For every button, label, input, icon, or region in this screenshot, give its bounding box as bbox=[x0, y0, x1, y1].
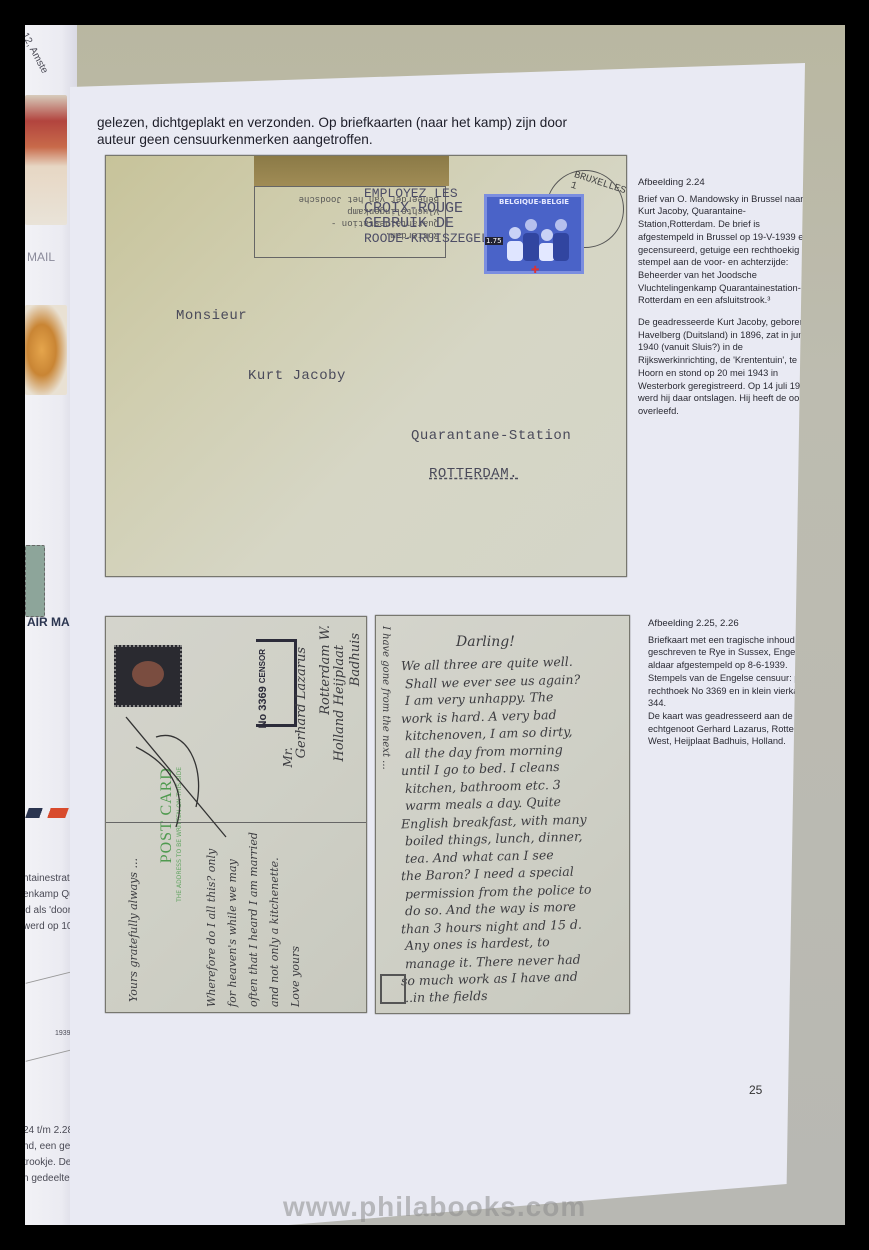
postcard-front-message-cont: Wherefore do I all this? only for heaven… bbox=[201, 832, 306, 1007]
postcard-back-photo: Darling! We all three are quite well.Sha… bbox=[375, 615, 630, 1014]
left-page-text-line: ld als 'doorg bbox=[25, 905, 77, 916]
address-name: Kurt Jacoby bbox=[248, 368, 346, 384]
left-page-rule bbox=[26, 1049, 73, 1062]
left-page-text-line: n gedeelte bbox=[25, 1173, 70, 1184]
letter-line: I am very unhappy. The bbox=[405, 689, 554, 708]
ph-censor-square bbox=[380, 974, 406, 1004]
slogan-cancel: EMPLOYEZ LES CROIX-ROUGE GEBRUIK DE ROOD… bbox=[364, 186, 497, 246]
royal-family-portrait-icon bbox=[501, 213, 573, 261]
intro-line: gelezen, dichtgeplakt en verzonden. Op b… bbox=[97, 114, 597, 131]
address-line: Badhuis bbox=[348, 633, 363, 686]
letter-line: the Baron? I need a special bbox=[401, 864, 574, 884]
left-page-edge: 12, Amste MAIL AIR MA ntainestrat enkamp… bbox=[25, 25, 77, 1225]
book-page: gelezen, dichtgeplakt en verzonden. Op b… bbox=[70, 63, 805, 1225]
letter-line: manage it. There never had bbox=[405, 951, 581, 971]
uk-postage-stamp bbox=[114, 645, 182, 707]
left-page-text-line: nd, een gede bbox=[25, 1141, 77, 1152]
page-number: 25 bbox=[749, 1083, 762, 1097]
letter-line: boiled things, lunch, dinner, bbox=[405, 829, 583, 849]
left-page-airmail-stripe bbox=[25, 808, 69, 818]
caption-figure-2-25-2-26: Afbeelding 2.25, 2.26 Briefkaart met een… bbox=[648, 618, 828, 748]
letter-line: than 3 hours night and 15 d. bbox=[401, 916, 582, 936]
letter-line: warm meals a day. Quite bbox=[405, 794, 561, 813]
address-station: Quarantane-Station bbox=[411, 428, 571, 444]
photo-background: 12, Amste MAIL AIR MA ntainestrat enkamp… bbox=[25, 25, 845, 1225]
red-cross-stamp: BELGIQUE-BELGIE 1.75 ✚ bbox=[484, 194, 584, 274]
left-page-text-line: trookje. De bbox=[25, 1157, 71, 1168]
left-page-stamp-red bbox=[25, 95, 67, 225]
left-page-text-line: ntainestrat bbox=[25, 873, 70, 884]
left-page-stamp-green bbox=[25, 545, 45, 617]
left-page-text-line: 24 t/m 2.28 bbox=[25, 1125, 73, 1136]
address-line: Gerhard Lazarus bbox=[294, 647, 309, 758]
postcard-front-photo: No 3369 CENSOR POST CARD THE ADDRESS TO … bbox=[105, 616, 367, 1013]
left-page-airmail-text: AIR MA bbox=[27, 615, 70, 629]
letter-margin-text: I have gone from the next ... bbox=[380, 626, 391, 1006]
letter-line: tea. And what can I see bbox=[405, 847, 554, 866]
left-page-header: 12, Amste bbox=[25, 31, 50, 75]
sealing-tape bbox=[254, 156, 449, 186]
address-line: Holland Heijplaat bbox=[332, 645, 347, 761]
letter-line: so much work as I have and bbox=[401, 969, 578, 989]
left-page-text-line: enkamp Qua bbox=[25, 889, 77, 900]
letter-line: kitchenoven, I am so dirty, bbox=[405, 724, 573, 743]
letter-line: Shall we ever see us again? bbox=[405, 671, 581, 691]
postcard-front-message: Yours gratefully always ... bbox=[124, 832, 144, 1002]
intro-paragraph: gelezen, dichtgeplakt en verzonden. Op b… bbox=[97, 114, 597, 148]
letter-line: We all three are quite well. bbox=[401, 654, 573, 673]
letter-line: do so. And the way is more bbox=[405, 899, 576, 918]
letter-line: English breakfast, with many bbox=[401, 811, 587, 831]
address-salutation: Monsieur bbox=[176, 308, 247, 324]
letter-line: Any ones is hardest, to bbox=[405, 934, 550, 953]
intro-line: auteur geen censuurkenmerken aangetroffe… bbox=[97, 131, 597, 148]
letter-line: permission from the police to bbox=[405, 881, 592, 901]
left-page-rule bbox=[26, 971, 73, 984]
letter-line: until I go to bed. I cleans bbox=[401, 759, 560, 778]
caption-paragraph: De geadresseerde Kurt Jacoby, geboren te… bbox=[638, 316, 818, 418]
caption-paragraph: De kaart was geadresseerd aan de echtgen… bbox=[648, 710, 828, 748]
letter-greeting: Darling! bbox=[456, 634, 515, 650]
letter-line: all the day from morning bbox=[405, 741, 563, 760]
address-city: ROTTERDAM. bbox=[429, 466, 518, 482]
caption-paragraph: Briefkaart met een tragische inhoud, ges… bbox=[648, 634, 828, 710]
watermark: www.philabooks.com bbox=[283, 1191, 586, 1223]
left-page-year: 1939. bbox=[55, 1030, 73, 1037]
address-line: Mr. bbox=[281, 747, 295, 768]
letter-line: ..in the fields bbox=[405, 987, 488, 1004]
caption-figure-2-24: Afbeelding 2.24 Brief van O. Mandowsky i… bbox=[638, 177, 818, 427]
handwritten-scrawl bbox=[116, 707, 266, 847]
envelope-photo: Rotterdam. Quarantainestation - Vluchtel… bbox=[105, 155, 627, 577]
caption-title: Afbeelding 2.24 bbox=[638, 177, 818, 190]
red-cross-icon: ✚ bbox=[531, 265, 539, 276]
caption-title: Afbeelding 2.25, 2.26 bbox=[648, 618, 828, 631]
caption-paragraph: Brief van O. Mandowsky in Brussel naar K… bbox=[638, 193, 818, 307]
left-page-text-line: werd op 10 m bbox=[25, 921, 77, 932]
left-page-mail-text: MAIL bbox=[27, 250, 55, 264]
address-line: Rotterdam W. bbox=[318, 625, 333, 715]
letter-line: kitchen, bathroom etc. 3 bbox=[405, 776, 561, 795]
left-page-stamp-orange bbox=[25, 305, 67, 395]
letter-line: work is hard. A very bad bbox=[401, 706, 557, 725]
